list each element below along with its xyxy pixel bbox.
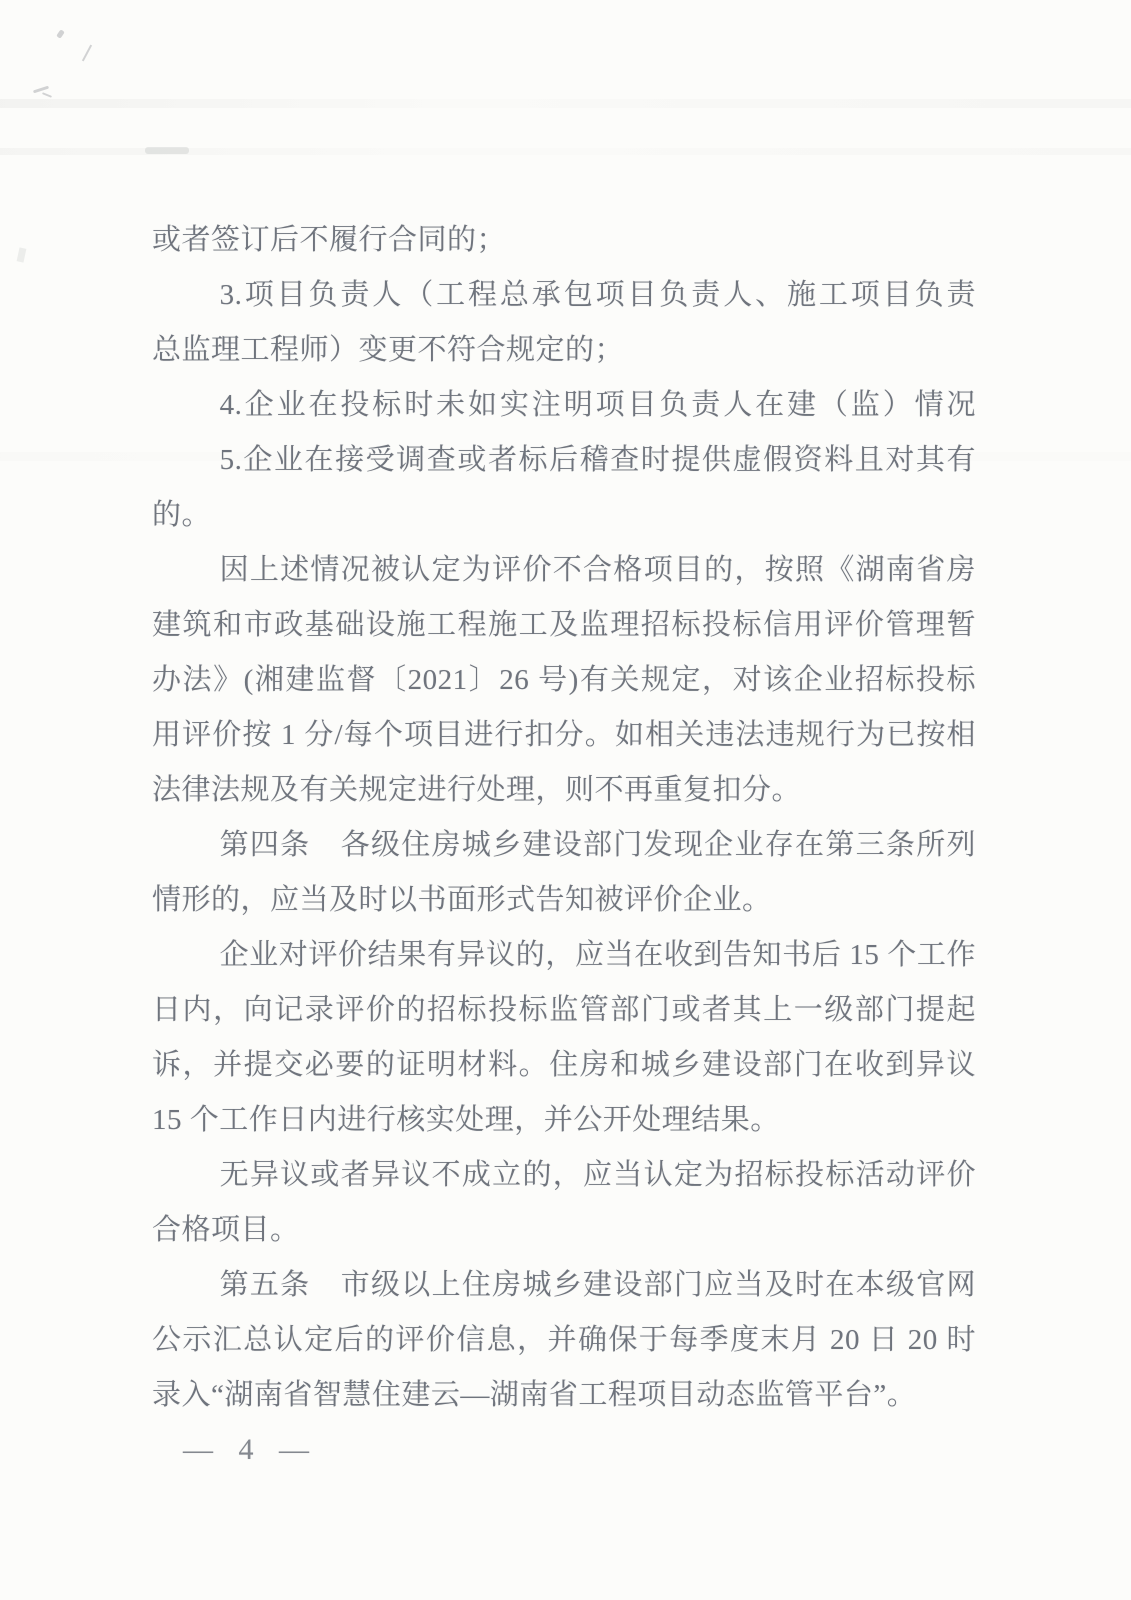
text-line: 第四条 各级住房城乡建设部门发现企业存在第三条所列 <box>152 818 976 873</box>
text-line: 录入“湖南省智慧住建云—湖南省工程项目动态监管平台”。 <box>152 1368 976 1423</box>
scan-smudge <box>56 29 65 38</box>
scan-streak <box>0 148 1131 155</box>
text-line: 第五条 市级以上住房城乡建设部门应当及时在本级官网 <box>152 1258 976 1313</box>
text-line: 4.企业在投标时未如实注明项目负责人在建（监）情况的； <box>152 378 976 433</box>
text-line: 法律法规及有关规定进行处理，则不再重复扣分。 <box>152 763 976 818</box>
scan-smudge <box>33 86 49 94</box>
text-line: 情形的，应当及时以书面形式告知被评价企业。 <box>152 873 976 928</box>
scan-smudge <box>145 147 189 154</box>
text-line: 建筑和市政基础设施工程施工及监理招标投标信用评价管理暂行 <box>152 598 976 653</box>
text-line: 用评价按 1 分/每个项目进行扣分。如相关违法违规行为已按相关 <box>152 708 976 763</box>
text-line: 无异议或者异议不成立的，应当认定为招标投标活动评价不 <box>152 1148 976 1203</box>
scan-smudge <box>17 247 27 262</box>
text-line: 合格项目。 <box>152 1203 976 1258</box>
scan-streak <box>0 99 1131 108</box>
text-line: 诉，并提交必要的证明材料。住房和城乡建设部门在收到异议后 <box>152 1038 976 1093</box>
scan-smudge <box>82 45 92 62</box>
text-line: 5.企业在接受调查或者标后稽查时提供虚假资料且对其有利 <box>152 433 976 488</box>
text-line: 企业对评价结果有异议的，应当在收到告知书后 15 个工作 <box>152 928 976 983</box>
document-page: 或者签订后不履行合同的；3.项目负责人（工程总承包项目负责人、施工项目负责人、总… <box>0 0 1131 1600</box>
text-line: 或者签订后不履行合同的； <box>152 213 976 268</box>
document-body: 或者签订后不履行合同的；3.项目负责人（工程总承包项目负责人、施工项目负责人、总… <box>152 213 976 1423</box>
text-line: 15 个工作日内进行核实处理，并公开处理结果。 <box>152 1093 976 1148</box>
text-line: 的。 <box>152 488 976 543</box>
text-line: 因上述情况被认定为评价不合格项目的，按照《湖南省房屋 <box>152 543 976 598</box>
text-line: 日内，向记录评价的招标投标监管部门或者其上一级部门提起申 <box>152 983 976 1038</box>
text-line: 公示汇总认定后的评价信息，并确保于每季度末月 20 日 20 时前 <box>152 1313 976 1368</box>
page-number: — 4 — <box>183 1430 318 1470</box>
text-line: 总监理工程师）变更不符合规定的； <box>152 323 976 378</box>
text-line: 办法》(湘建监督〔2021〕26 号)有关规定，对该企业招标投标信 <box>152 653 976 708</box>
text-line: 3.项目负责人（工程总承包项目负责人、施工项目负责人、 <box>152 268 976 323</box>
scan-smudge <box>42 92 52 98</box>
